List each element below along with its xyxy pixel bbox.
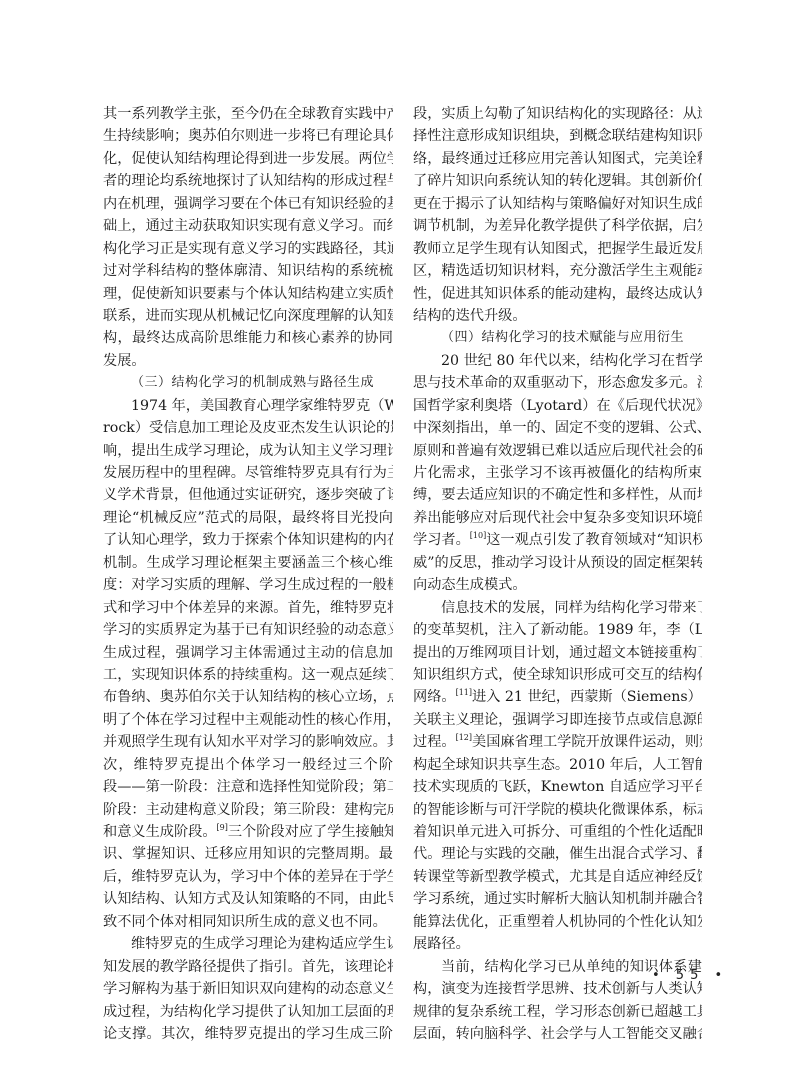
line-text: 片化需求，主张学习不该再被僵化的结构所束 — [413, 465, 702, 481]
line-text: 择性注意形成知识组块，到概念联结建构知识网 — [413, 128, 702, 144]
text-line: 者的理论均系统地探讨了认知结构的形成过程与 — [103, 170, 393, 192]
section-heading: （四）结构化学习的技术赋能与应用衍生 — [413, 327, 702, 349]
text-line: 养出能够应对后现代社会中复杂多变知识环境的 — [413, 507, 702, 529]
line-text: 进入 21 世纪，西蒙斯（Siemens）提出 — [472, 689, 702, 705]
left-column: 其一系列教学主张，至今仍在全球教育实践中产生持续影响；奥苏伯尔则进一步将已有理论… — [103, 103, 393, 1045]
text-line: 式和学习中个体差异的来源。首先，维特罗克将 — [103, 597, 393, 619]
text-line: 缚，要去适应知识的不确定性和多样性，从而培 — [413, 484, 702, 506]
text-line: 段——第一阶段：注意和选择性知觉阶段；第二 — [103, 776, 393, 798]
line-text: （三）结构化学习的机制成熟与路径生成 — [131, 375, 374, 390]
line-text: 识、掌握知识、迁移应用知识的完整周期。最 — [103, 846, 393, 862]
line-text: 明了个体在学习过程中主观能动性的核心作用， — [103, 712, 393, 728]
line-text: 义学术背景，但他通过实证研究，逐步突破了该 — [103, 487, 393, 503]
text-line: 论支撑。其次，维特罗克提出的学习生成三阶 — [103, 1023, 393, 1045]
line-text: 的智能诊断与可汗学院的模块化微课体系，标志 — [413, 802, 702, 818]
line-text: 区，精选适切知识材料，充分激活学生主观能动 — [413, 263, 702, 279]
text-line: 过对学科结构的整体廓清、知识结构的系统梳 — [103, 260, 393, 282]
line-text: 知发展的教学路径提供了指引。首先，该理论将 — [103, 959, 393, 975]
line-text: 缚，要去适应知识的不确定性和多样性，从而培 — [413, 487, 702, 503]
text-line: 层面，转向脑科学、社会学与人工智能交叉融合 — [413, 1023, 702, 1045]
text-line: 义学术背景，但他通过实证研究，逐步突破了该 — [103, 484, 393, 506]
line-text: 了碎片知识向系统认知的转化逻辑。其创新价值 — [413, 173, 702, 189]
line-text: 认知结构、认知方式及认知策略的不同，由此导 — [103, 891, 393, 907]
text-line: 代。理论与实践的交融，催生出混合式学习、翻 — [413, 843, 702, 865]
line-text: 层面，转向脑科学、社会学与人工智能交叉融合 — [413, 1026, 702, 1042]
text-line: 知识组织方式，使全球知识形成可交互的结构化 — [413, 664, 702, 686]
line-text: 络，最终通过迁移应用完善认知图式，完美诠释 — [413, 151, 702, 167]
citation-ref: [9] — [217, 823, 228, 832]
line-text: 础上，通过主动获取知识实现有意义学习。而结 — [103, 218, 393, 234]
text-line: 了碎片知识向系统认知的转化逻辑。其创新价值 — [413, 170, 702, 192]
text-line: 教师立足学生现有认知图式，把握学生最近发展 — [413, 238, 702, 260]
text-line: 区，精选适切知识材料，充分激活学生主观能动 — [413, 260, 702, 282]
line-text: （四）结构化学习的技术赋能与应用衍生 — [441, 330, 684, 345]
text-line: 内在机理，强调学习要在个体已有知识经验的基 — [103, 193, 393, 215]
line-text: 工，实现知识体系的持续重构。这一观点延续了 — [103, 667, 393, 683]
line-text: 致不同个体对相同知识所生成的意义也不同。 — [103, 914, 387, 930]
text-line: 布鲁纳、奥苏伯尔关于认知结构的核心立场，点 — [103, 686, 393, 708]
line-text: 关联主义理论，强调学习即连接节点或信息源的 — [413, 712, 702, 728]
text-line: 构，最终达成高阶思维能力和核心素养的协同 — [103, 327, 393, 349]
text-line: 1974 年，美国教育心理学家维特罗克（Witt- — [103, 395, 393, 417]
text-line: 并观照学生现有认知水平对学习的影响效应。其 — [103, 731, 393, 753]
line-text: 教师立足学生现有认知图式，把握学生最近发展 — [413, 241, 702, 257]
line-text: 理论“机械反应”范式的局限，最终将目光投向 — [103, 510, 393, 526]
line-text: 段——第一阶段：注意和选择性知觉阶段；第二 — [103, 779, 393, 795]
text-line: 化，促使认知结构理论得到进一步发展。两位学 — [103, 148, 393, 170]
text-line: 过程。[12]美国麻省理工学院开放课件运动，则建 — [413, 731, 702, 753]
citation-ref: [10] — [470, 531, 486, 540]
line-text: 次，维特罗克提出个体学习一般经过三个阶 — [103, 757, 393, 773]
text-line: 调节机制，为差异化教学提供了科学依据，启发 — [413, 215, 702, 237]
line-text: 构起全球知识共享生态。2010 年后，人工智能 — [413, 757, 702, 773]
line-text: 度：对学习实质的理解、学习生成过程的一般模 — [103, 577, 393, 593]
line-text: 规律的复杂系统工程，学习形态创新已超越工具 — [413, 1004, 702, 1020]
text-line: 原则和普遍有效逻辑已难以适应后现代社会的碎 — [413, 440, 702, 462]
text-line: 次，维特罗克提出个体学习一般经过三个阶 — [103, 754, 393, 776]
text-line: 威”的反思，推动学习设计从预设的固定框架转 — [413, 552, 702, 574]
line-text: rock）受信息加工理论及皮亚杰发生认识论的影 — [103, 420, 393, 436]
line-text: 论支撑。其次，维特罗克提出的学习生成三阶 — [103, 1026, 393, 1042]
text-line: 学习的实质界定为基于已有知识经验的动态意义 — [103, 619, 393, 641]
line-text: 性，促进其知识体系的能动建构，最终达成认知 — [413, 286, 702, 302]
text-line: 构起全球知识共享生态。2010 年后，人工智能 — [413, 754, 702, 776]
text-line: 更在于揭示了认知结构与策略偏好对知识生成的 — [413, 193, 702, 215]
text-line: 技术实现质的飞跃，Knewton 自适应学习平台 — [413, 776, 702, 798]
text-line: 结构的迭代升级。 — [413, 305, 702, 327]
text-line: 理论“机械反应”范式的局限，最终将目光投向 — [103, 507, 393, 529]
line-text: 了认知心理学，致力于探索个体知识建构的内在 — [103, 532, 393, 548]
line-text: 学习解构为基于新旧知识双向建构的动态意义生 — [103, 981, 393, 997]
text-line: 能算法优化，正重塑着人机协同的个性化认知发 — [413, 911, 702, 933]
line-text: 并观照学生现有认知水平对学习的影响效应。其 — [103, 734, 393, 750]
line-text: 思与技术革命的双重驱动下，形态愈发多元。法 — [413, 375, 702, 391]
text-line: 明了个体在学习过程中主观能动性的核心作用， — [103, 709, 393, 731]
line-text: 过程。 — [413, 734, 456, 750]
line-text: 更在于揭示了认知结构与策略偏好对知识生成的 — [413, 196, 702, 212]
line-text: 20 世纪 80 年代以来，结构化学习在哲学反 — [441, 353, 702, 369]
line-text: 内在机理，强调学习要在个体已有知识经验的基 — [103, 196, 393, 212]
line-text: 原则和普遍有效逻辑已难以适应后现代社会的碎 — [413, 443, 702, 459]
text-line: 知发展的教学路径提供了指引。首先，该理论将 — [103, 956, 393, 978]
line-text: 三个阶段对应了学生接触知 — [228, 824, 393, 840]
line-text: 这一观点引发了教育领域对“知识权 — [486, 532, 702, 548]
line-text: 代。理论与实践的交融，催生出混合式学习、翻 — [413, 846, 702, 862]
text-line: 阶段：主动建构意义阶段；第三阶段：建构完成 — [103, 799, 393, 821]
citation-ref: [11] — [456, 688, 472, 697]
text-line: 性，促进其知识体系的能动建构，最终达成认知 — [413, 283, 702, 305]
line-text: 向动态生成模式。 — [413, 577, 527, 593]
text-line: 联系，进而实现从机械记忆向深度理解的认知建 — [103, 305, 393, 327]
text-line: 响，提出生成学习理论，成为认知主义学习理论 — [103, 440, 393, 462]
line-text: 成过程，为结构化学习提供了认知加工层面的理 — [103, 1004, 393, 1020]
text-line: 网络。[11]进入 21 世纪，西蒙斯（Siemens）提出 — [413, 686, 702, 708]
line-text: 1974 年，美国教育心理学家维特罗克（Witt- — [131, 398, 393, 414]
text-line: 思与技术革命的双重驱动下，形态愈发多元。法 — [413, 372, 702, 394]
text-line: 生成过程，强调学习主体需通过主动的信息加 — [103, 642, 393, 664]
line-text: 者的理论均系统地探讨了认知结构的形成过程与 — [103, 173, 393, 189]
line-text: 结构的迭代升级。 — [413, 308, 527, 324]
line-text: 养出能够应对后现代社会中复杂多变知识环境的 — [413, 510, 702, 526]
line-text: 响，提出生成学习理论，成为认知主义学习理论 — [103, 443, 393, 459]
line-text: 式和学习中个体差异的来源。首先，维特罗克将 — [103, 600, 393, 616]
text-line: 段，实质上勾勒了知识结构化的实现路径：从选 — [413, 103, 702, 125]
text-line: 学习解构为基于新旧知识双向建构的动态意义生 — [103, 978, 393, 1000]
line-text: 生持续影响；奥苏伯尔则进一步将已有理论具体 — [103, 128, 393, 144]
text-line: 理，促使新知识要素与个体认知结构建立实质性 — [103, 283, 393, 305]
text-line: 展路径。 — [413, 933, 702, 955]
text-line: 后，维特罗克认为，学习中个体的差异在于学生 — [103, 866, 393, 888]
line-text: 的变革契机，注入了新动能。1989 年，李（Lee） — [413, 622, 702, 638]
line-text: 维特罗克的生成学习理论为建构适应学生认 — [131, 936, 393, 952]
text-line: 工，实现知识体系的持续重构。这一观点延续了 — [103, 664, 393, 686]
text-line: 关联主义理论，强调学习即连接节点或信息源的 — [413, 709, 702, 731]
text-line: 机制。生成学习理论框架主要涵盖三个核心维 — [103, 552, 393, 574]
text-line: 络，最终通过迁移应用完善认知图式，完美诠释 — [413, 148, 702, 170]
text-line: 提出的万维网项目计划，通过超文本链接重构了 — [413, 642, 702, 664]
text-line: 其一系列教学主张，至今仍在全球教育实践中产 — [103, 103, 393, 125]
text-line: 生持续影响；奥苏伯尔则进一步将已有理论具体 — [103, 125, 393, 147]
line-text: 学习的实质界定为基于已有知识经验的动态意义 — [103, 622, 393, 638]
line-text: 威”的反思，推动学习设计从预设的固定框架转 — [413, 555, 702, 571]
line-text: 布鲁纳、奥苏伯尔关于认知结构的核心立场，点 — [103, 689, 393, 705]
text-line: 择性注意形成知识组块，到概念联结建构知识网 — [413, 125, 702, 147]
text-line: 了认知心理学，致力于探索个体知识建构的内在 — [103, 529, 393, 551]
line-text: 展路径。 — [413, 936, 470, 952]
line-text: 化，促使认知结构理论得到进一步发展。两位学 — [103, 151, 393, 167]
line-text: 国哲学家利奥塔（Lyotard）在《后现代状况》 — [413, 398, 702, 414]
line-text: 中深刻指出，单一的、固定不变的逻辑、公式、 — [413, 420, 702, 436]
text-line: 础上，通过主动获取知识实现有意义学习。而结 — [103, 215, 393, 237]
text-line: 的智能诊断与可汗学院的模块化微课体系，标志 — [413, 799, 702, 821]
line-text: 技术实现质的飞跃，Knewton 自适应学习平台 — [413, 779, 702, 795]
page-number: • 55 • — [652, 968, 728, 983]
text-line: 度：对学习实质的理解、学习生成过程的一般模 — [103, 574, 393, 596]
line-text: 其一系列教学主张，至今仍在全球教育实践中产 — [103, 106, 393, 122]
text-line: 信息技术的发展，同样为结构化学习带来了新 — [413, 597, 702, 619]
section-heading: （三）结构化学习的机制成熟与路径生成 — [103, 372, 393, 394]
line-text: 构，最终达成高阶思维能力和核心素养的协同 — [103, 330, 393, 346]
text-line: 国哲学家利奥塔（Lyotard）在《后现代状况》 — [413, 395, 702, 417]
line-text: 学习者。 — [413, 532, 470, 548]
line-text: 信息技术的发展，同样为结构化学习带来了新 — [441, 600, 702, 616]
text-line: rock）受信息加工理论及皮亚杰发生认识论的影 — [103, 417, 393, 439]
line-text: 机制。生成学习理论框架主要涵盖三个核心维 — [103, 555, 393, 571]
line-text: 理，促使新知识要素与个体认知结构建立实质性 — [103, 286, 393, 302]
text-line: 学习系统，通过实时解析大脑认知机制并融合智 — [413, 888, 702, 910]
text-line: 向动态生成模式。 — [413, 574, 702, 596]
line-text: 美国麻省理工学院开放课件运动，则建 — [472, 734, 702, 750]
line-text: 转课堂等新型教学模式，尤其是自适应神经反馈 — [413, 869, 702, 885]
text-line: 的变革契机，注入了新动能。1989 年，李（Lee） — [413, 619, 702, 641]
citation-ref: [12] — [456, 733, 472, 742]
line-text: 过对学科结构的整体廓清、知识结构的系统梳 — [103, 263, 393, 279]
line-text: 联系，进而实现从机械记忆向深度理解的认知建 — [103, 308, 393, 324]
line-text: 构化学习正是实现有意义学习的实践路径，其通 — [103, 241, 393, 257]
line-text: 后，维特罗克认为，学习中个体的差异在于学生 — [103, 869, 393, 885]
text-line: 规律的复杂系统工程，学习形态创新已超越工具 — [413, 1001, 702, 1023]
line-text: 学习系统，通过实时解析大脑认知机制并融合智 — [413, 891, 702, 907]
text-line: 中深刻指出，单一的、固定不变的逻辑、公式、 — [413, 417, 702, 439]
text-line: 构化学习正是实现有意义学习的实践路径，其通 — [103, 238, 393, 260]
text-line: 片化需求，主张学习不该再被僵化的结构所束 — [413, 462, 702, 484]
line-text: 发展历程中的里程碑。尽管维特罗克具有行为主 — [103, 465, 393, 481]
line-text: 和意义生成阶段。 — [103, 824, 217, 840]
line-text: 生成过程，强调学习主体需通过主动的信息加 — [103, 645, 393, 661]
text-line: 发展历程中的里程碑。尽管维特罗克具有行为主 — [103, 462, 393, 484]
text-line: 发展。 — [103, 350, 393, 372]
text-line: 维特罗克的生成学习理论为建构适应学生认 — [103, 933, 393, 955]
text-line: 认知结构、认知方式及认知策略的不同，由此导 — [103, 888, 393, 910]
line-text: 提出的万维网项目计划，通过超文本链接重构了 — [413, 645, 702, 661]
right-column: 段，实质上勾勒了知识结构化的实现路径：从选择性注意形成知识组块，到概念联结建构知… — [413, 103, 702, 1045]
line-text: 构，演变为连接哲学思辨、技术创新与人类认知 — [413, 981, 702, 997]
text-line: 20 世纪 80 年代以来，结构化学习在哲学反 — [413, 350, 702, 372]
line-text: 发展。 — [103, 353, 146, 369]
line-text: 着知识单元进入可拆分、可重组的个性化适配时 — [413, 824, 702, 840]
text-line: 学习者。[10]这一观点引发了教育领域对“知识权 — [413, 529, 702, 551]
text-line: 成过程，为结构化学习提供了认知加工层面的理 — [103, 1001, 393, 1023]
text-line: 和意义生成阶段。[9]三个阶段对应了学生接触知 — [103, 821, 393, 843]
line-text: 网络。 — [413, 689, 456, 705]
line-text: 阶段：主动建构意义阶段；第三阶段：建构完成 — [103, 802, 393, 818]
text-line: 着知识单元进入可拆分、可重组的个性化适配时 — [413, 821, 702, 843]
text-line: 识、掌握知识、迁移应用知识的完整周期。最 — [103, 843, 393, 865]
text-line: 致不同个体对相同知识所生成的意义也不同。 — [103, 911, 393, 933]
line-text: 段，实质上勾勒了知识结构化的实现路径：从选 — [413, 106, 702, 122]
line-text: 能算法优化，正重塑着人机协同的个性化认知发 — [413, 914, 702, 930]
line-text: 调节机制，为差异化教学提供了科学依据，启发 — [413, 218, 702, 234]
line-text: 知识组织方式，使全球知识形成可交互的结构化 — [413, 667, 702, 683]
text-line: 转课堂等新型教学模式，尤其是自适应神经反馈 — [413, 866, 702, 888]
